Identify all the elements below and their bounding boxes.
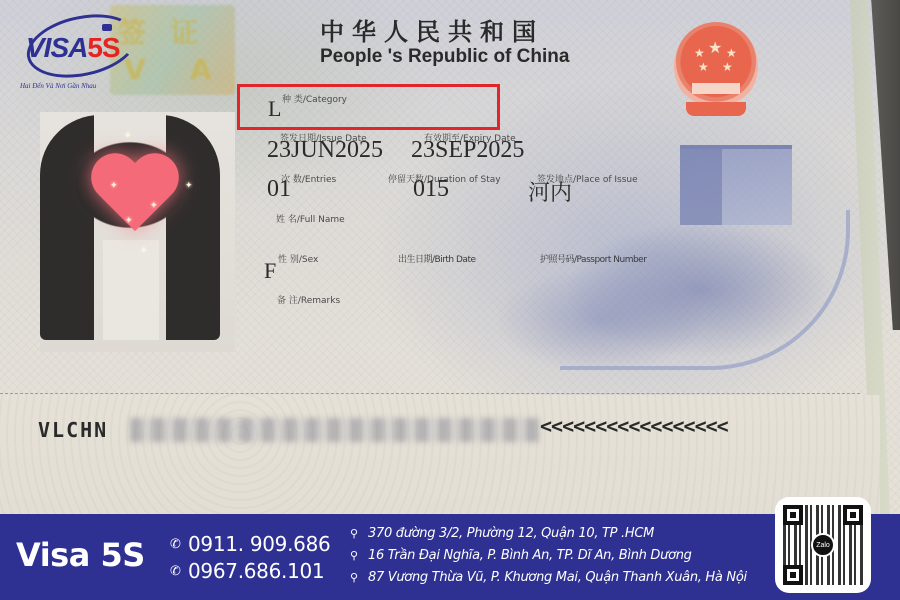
mrz-band [0,395,880,515]
remarks-label: 备 注/Remarks [277,293,340,306]
sparkle-icon: ✦ [140,245,148,256]
zalo-qr-code[interactable]: Zalo [775,497,871,593]
logo-wordmark: VISA5S [26,32,120,64]
sex-label: 性 别/Sex [278,252,318,265]
sparkle-icon: ✦ [124,130,132,141]
national-emblem-icon: ★ ★ ★ ★ ★ [670,22,762,122]
photo-neck [103,240,159,340]
issue-date-value: 23JUN2025 [267,137,383,164]
address-list: ⚲ 370 đường 3/2, Phường 12, Quận 10, TP … [350,522,747,588]
hologram-char: A [190,53,212,86]
hologram-char: 证 [170,11,198,51]
great-wall-tower [680,145,792,225]
passport-number-label: 护照号码/Passport Number [540,252,646,265]
map-pin-icon: ⚲ [350,549,368,562]
category-value: L [268,96,281,122]
qr-finder-icon [783,565,803,585]
address-item: ⚲ 87 Vương Thừa Vũ, P. Khương Mai, Quận … [350,566,747,588]
mrz-redacted-area [130,418,540,442]
birth-date-label: 出生日期/Birth Date [398,252,476,265]
sparkle-icon: ✦ [125,215,133,226]
qr-finder-icon [783,505,803,525]
sparkle-icon: ✦ [110,180,118,191]
phone-item[interactable]: ✆ 0967.686.101 [170,557,330,584]
address-item: ⚲ 370 đường 3/2, Phường 12, Quận 10, TP … [350,522,747,544]
phone-list: ✆ 0911. 909.686 ✆ 0967.686.101 [170,530,330,584]
address-text: 16 Trần Đại Nghĩa, P. Bình An, TP. Dĩ An… [368,548,692,563]
sex-value: F [264,258,276,284]
logo-text: VISA [26,32,87,63]
phone-icon: ✆ [170,536,188,552]
phone-item[interactable]: ✆ 0911. 909.686 [170,530,330,557]
mrz-prefix: VLCHN [38,418,108,442]
contact-footer: Visa 5S ✆ 0911. 909.686 ✆ 0967.686.101 ⚲… [0,514,900,600]
sparkle-icon: ✦ [150,200,158,211]
zalo-logo-icon: Zalo [811,533,835,557]
address-text: 87 Vương Thừa Vũ, P. Khương Mai, Quận Th… [368,570,747,585]
phone-number: 0911. 909.686 [188,532,330,556]
phone-icon: ✆ [170,563,188,579]
map-pin-icon: ⚲ [350,571,368,584]
logo-number: 5S [87,32,119,63]
visa5s-logo: VISA5S Hai Đến Và Nơi Gần Nhau [8,10,138,90]
map-pin-icon: ⚲ [350,527,368,540]
visa-title-english: People 's Republic of China [320,46,569,68]
place-of-issue-value: 河内 [528,176,572,207]
logo-flag-icon [102,24,112,31]
qr-finder-icon [843,505,863,525]
visa-title-chinese: 中华人民共和国 [320,12,544,47]
category-label: 种 类/Category [282,92,347,105]
mrz-divider [0,393,860,394]
duration-value: 015 [413,176,449,203]
heart-sticker-icon [95,155,175,235]
address-text: 370 đường 3/2, Phường 12, Quận 10, TP .H… [368,526,654,541]
phone-number: 0967.686.101 [188,559,324,583]
full-name-label: 姓 名/Full Name [276,212,345,225]
entries-value: 01 [267,176,291,203]
expiry-date-value: 23SEP2025 [411,137,524,164]
logo-slogan: Hai Đến Và Nơi Gần Nhau [20,82,96,90]
mrz-fillers: <<<<<<<<<<<<<<<<< [540,414,728,438]
address-item: ⚲ 16 Trần Đại Nghĩa, P. Bình An, TP. Dĩ … [350,544,747,566]
footer-brand-name: Visa 5S [16,536,145,574]
sparkle-icon: ✦ [185,180,193,191]
visa-page: 签 证 V A VISA5S Hai Đến Và Nơi Gần Nhau 中… [0,0,900,515]
